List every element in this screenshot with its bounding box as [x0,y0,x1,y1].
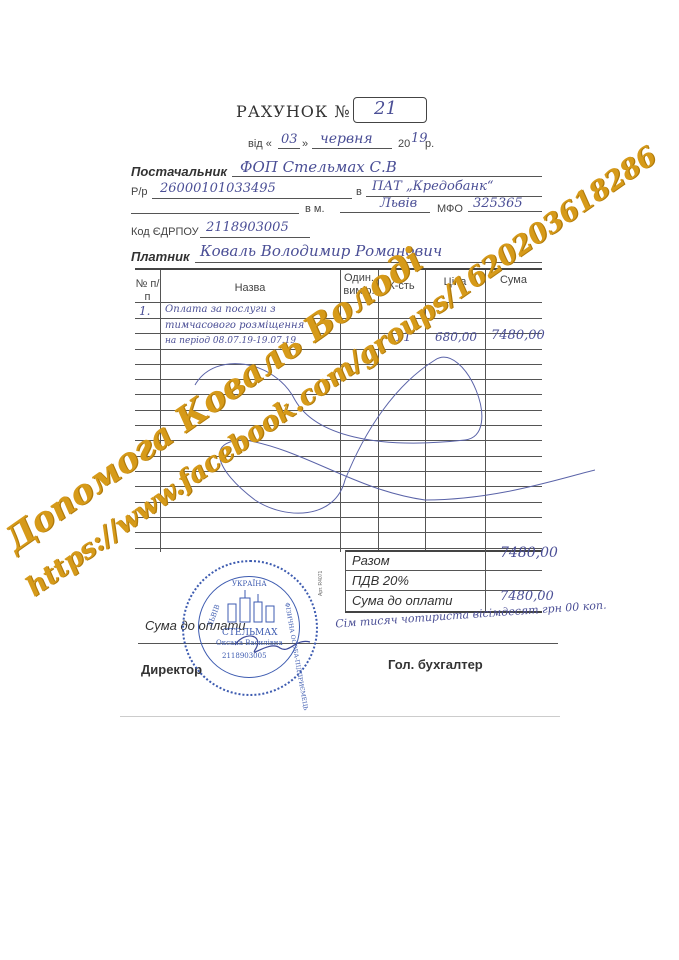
city-label: в м. [305,203,325,215]
mfo-label: МФО [437,203,463,215]
header-name: Назва [160,282,340,295]
date-day-suffix: » [302,138,308,150]
document-title: РАХУНОК № [236,102,351,121]
bank-value: ПАТ „Кредобанк“ [372,179,494,194]
header-num: № п/п [135,278,160,304]
date-year-suffix: р. [425,138,434,150]
city-value: Львів [380,196,417,211]
edrpou-label: Код ЄДРПОУ [131,226,199,238]
subtotal-value: 7480,00 [500,545,558,561]
account-label: Р/р [131,186,148,198]
payer-label: Платник [131,249,190,264]
stamp-top-text: УКРАЇНА [232,580,267,588]
mfo-value: 325365 [473,196,523,211]
accountant-label: Гол. бухгалтер [388,657,483,672]
company-stamp: УКРАЇНА ЛЬВІВ СТЕЛЬМАХ Оксана Василівна … [182,560,318,696]
row-name-line1: Оплата за послуги з [165,304,276,315]
subtotal-label: Разом [352,553,390,568]
invoice-number-box: 21 [353,97,427,123]
table-rule [135,548,542,549]
supplier-value: ФОП Стельмах С.В [240,158,397,176]
stamp-castle-icon [224,590,278,624]
vat-label: ПДВ 20% [352,573,409,588]
side-print: Арт. R4071 [318,571,324,596]
signature [225,630,315,660]
bank-label: в [356,186,362,198]
date-day: 03 [281,132,298,147]
invoice-number: 21 [374,98,397,119]
date-month: червня [320,131,373,147]
edrpou-value: 2118903005 [206,220,289,235]
row-num: 1. [139,304,150,318]
account-value: 26000101033495 [160,181,276,196]
date-prefix: від « [248,138,272,150]
supplier-label: Постачальник [131,164,227,179]
total-label: Сума до оплати [352,593,453,608]
date-year-prefix: 20 [398,138,410,150]
